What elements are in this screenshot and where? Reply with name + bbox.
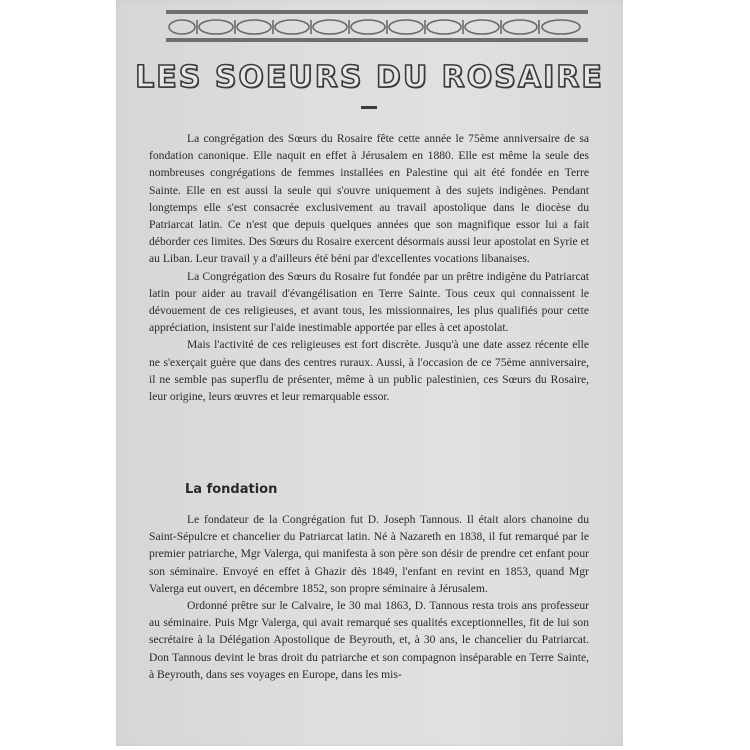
decorative-border-ornament [166, 10, 588, 43]
paragraph: Le fondateur de la Congrégation fut D. J… [149, 511, 589, 597]
paragraph: La congrégation des Sœurs du Rosaire fêt… [149, 130, 589, 268]
paragraph: Ordonné prêtre sur le Calvaire, le 30 ma… [149, 597, 589, 683]
paragraph: Mais l'activité de ces religieuses est f… [149, 336, 589, 405]
ornament-bottom-rule [166, 38, 588, 42]
section-heading: La fondation [185, 482, 277, 497]
title-separator [361, 106, 377, 109]
scanned-page: LES SOEURS DU ROSAIRE La congrégation de… [116, 0, 623, 746]
intro-text: La congrégation des Sœurs du Rosaire fêt… [149, 130, 589, 405]
page-title: LES SOEURS DU ROSAIRE [116, 60, 623, 95]
paragraph: La Congrégation des Sœurs du Rosaire fut… [149, 268, 589, 337]
ornament-top-rule [166, 10, 588, 14]
chain-link-ornament-icon [166, 17, 588, 37]
section-text: Le fondateur de la Congrégation fut D. J… [149, 511, 589, 683]
